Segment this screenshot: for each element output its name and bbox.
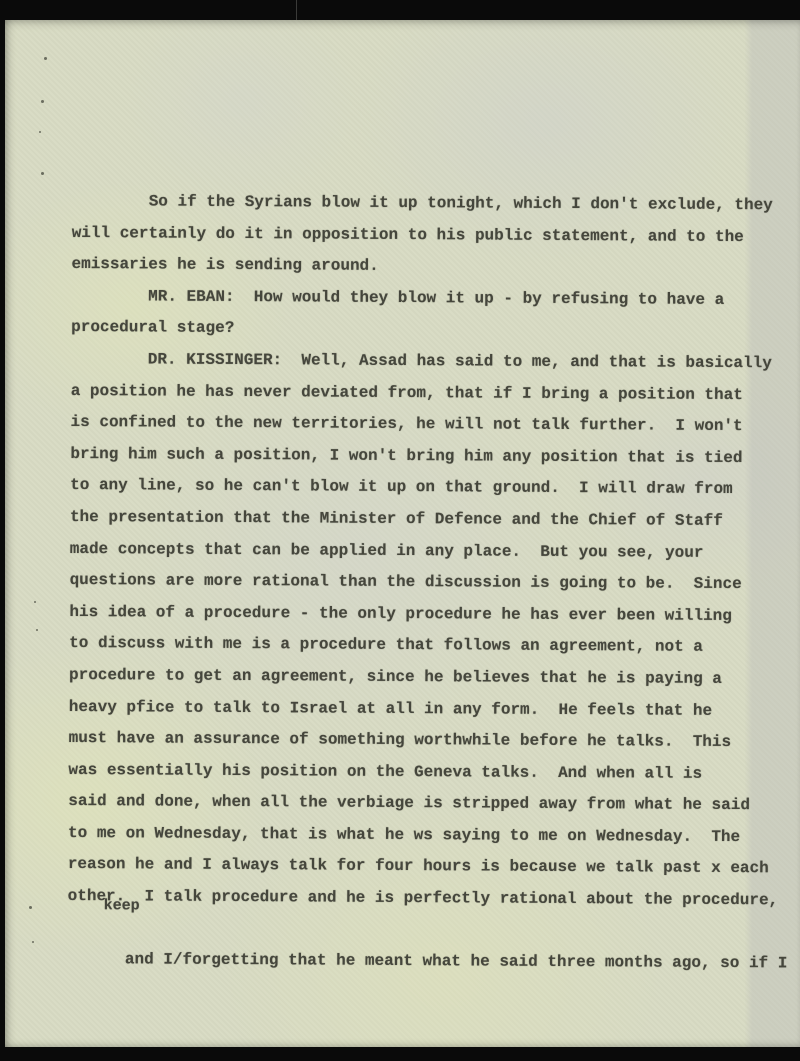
text-line: questions are more rational than the dis… (69, 565, 799, 601)
ink-speck (44, 57, 47, 60)
text-line: heavy pfice to talk to Israel at all in … (69, 691, 799, 727)
text-line: said and done, when all the verbiage is … (68, 786, 798, 822)
text-line: procedure to get an agreement, since he … (69, 660, 799, 696)
ink-speck (34, 601, 36, 603)
text-line: emissaries he is sending around. (71, 249, 800, 285)
inserted-word-keep: keep (104, 898, 140, 914)
text-line: reason he and I always talk for four hou… (68, 849, 798, 885)
text-line-with-insertion: keepand I/forgetting that he meant what … (67, 913, 798, 1012)
text-line: to any line, so he can't blow it up on t… (70, 470, 800, 506)
ink-speck (32, 941, 34, 943)
scanner-seam-line (296, 0, 297, 20)
text-line: his idea of a procedure - the only proce… (69, 597, 799, 633)
text-line: bring him such a position, I won't bring… (70, 439, 800, 475)
text-line: and I/forgetting that he meant what he s… (125, 951, 788, 973)
scanner-border-top (0, 0, 800, 20)
ink-speck (41, 100, 44, 103)
text-line: will certainly do it in opposition to hi… (72, 218, 800, 254)
scanner-border-bottom (0, 1047, 800, 1061)
text-line: is confined to the new territories, he w… (70, 407, 800, 443)
ink-speck (41, 172, 44, 175)
ink-speck (39, 131, 41, 133)
text-line: made concepts that can be applied in any… (70, 534, 800, 570)
text-line: was essentially his position on the Gene… (68, 755, 798, 791)
document-text: So if the Syrians blow it up tonight, wh… (67, 186, 800, 1012)
text-line-speaker-eban: MR. EBAN: How would they blow it up - by… (71, 281, 800, 317)
text-line: a position he has never deviated from, t… (71, 376, 800, 412)
text-line: must have an assurance of something wort… (69, 723, 799, 759)
ink-speck (36, 629, 38, 631)
text-line: So if the Syrians blow it up tonight, wh… (72, 186, 800, 222)
scanner-border-left (0, 0, 5, 1061)
text-line: to me on Wednesday, that is what he ws s… (68, 818, 798, 854)
text-line: the presentation that the Minister of De… (70, 502, 800, 538)
text-line: procedural stage? (71, 312, 800, 348)
text-line-speaker-kissinger: DR. KISSINGER: Well, Assad has said to m… (71, 344, 800, 380)
text-line: other. I talk procedure and he is perfec… (68, 881, 798, 917)
text-line: to discuss with me is a procedure that f… (69, 628, 799, 664)
ink-speck (29, 906, 32, 909)
scanned-document-screen: So if the Syrians blow it up tonight, wh… (0, 0, 800, 1061)
